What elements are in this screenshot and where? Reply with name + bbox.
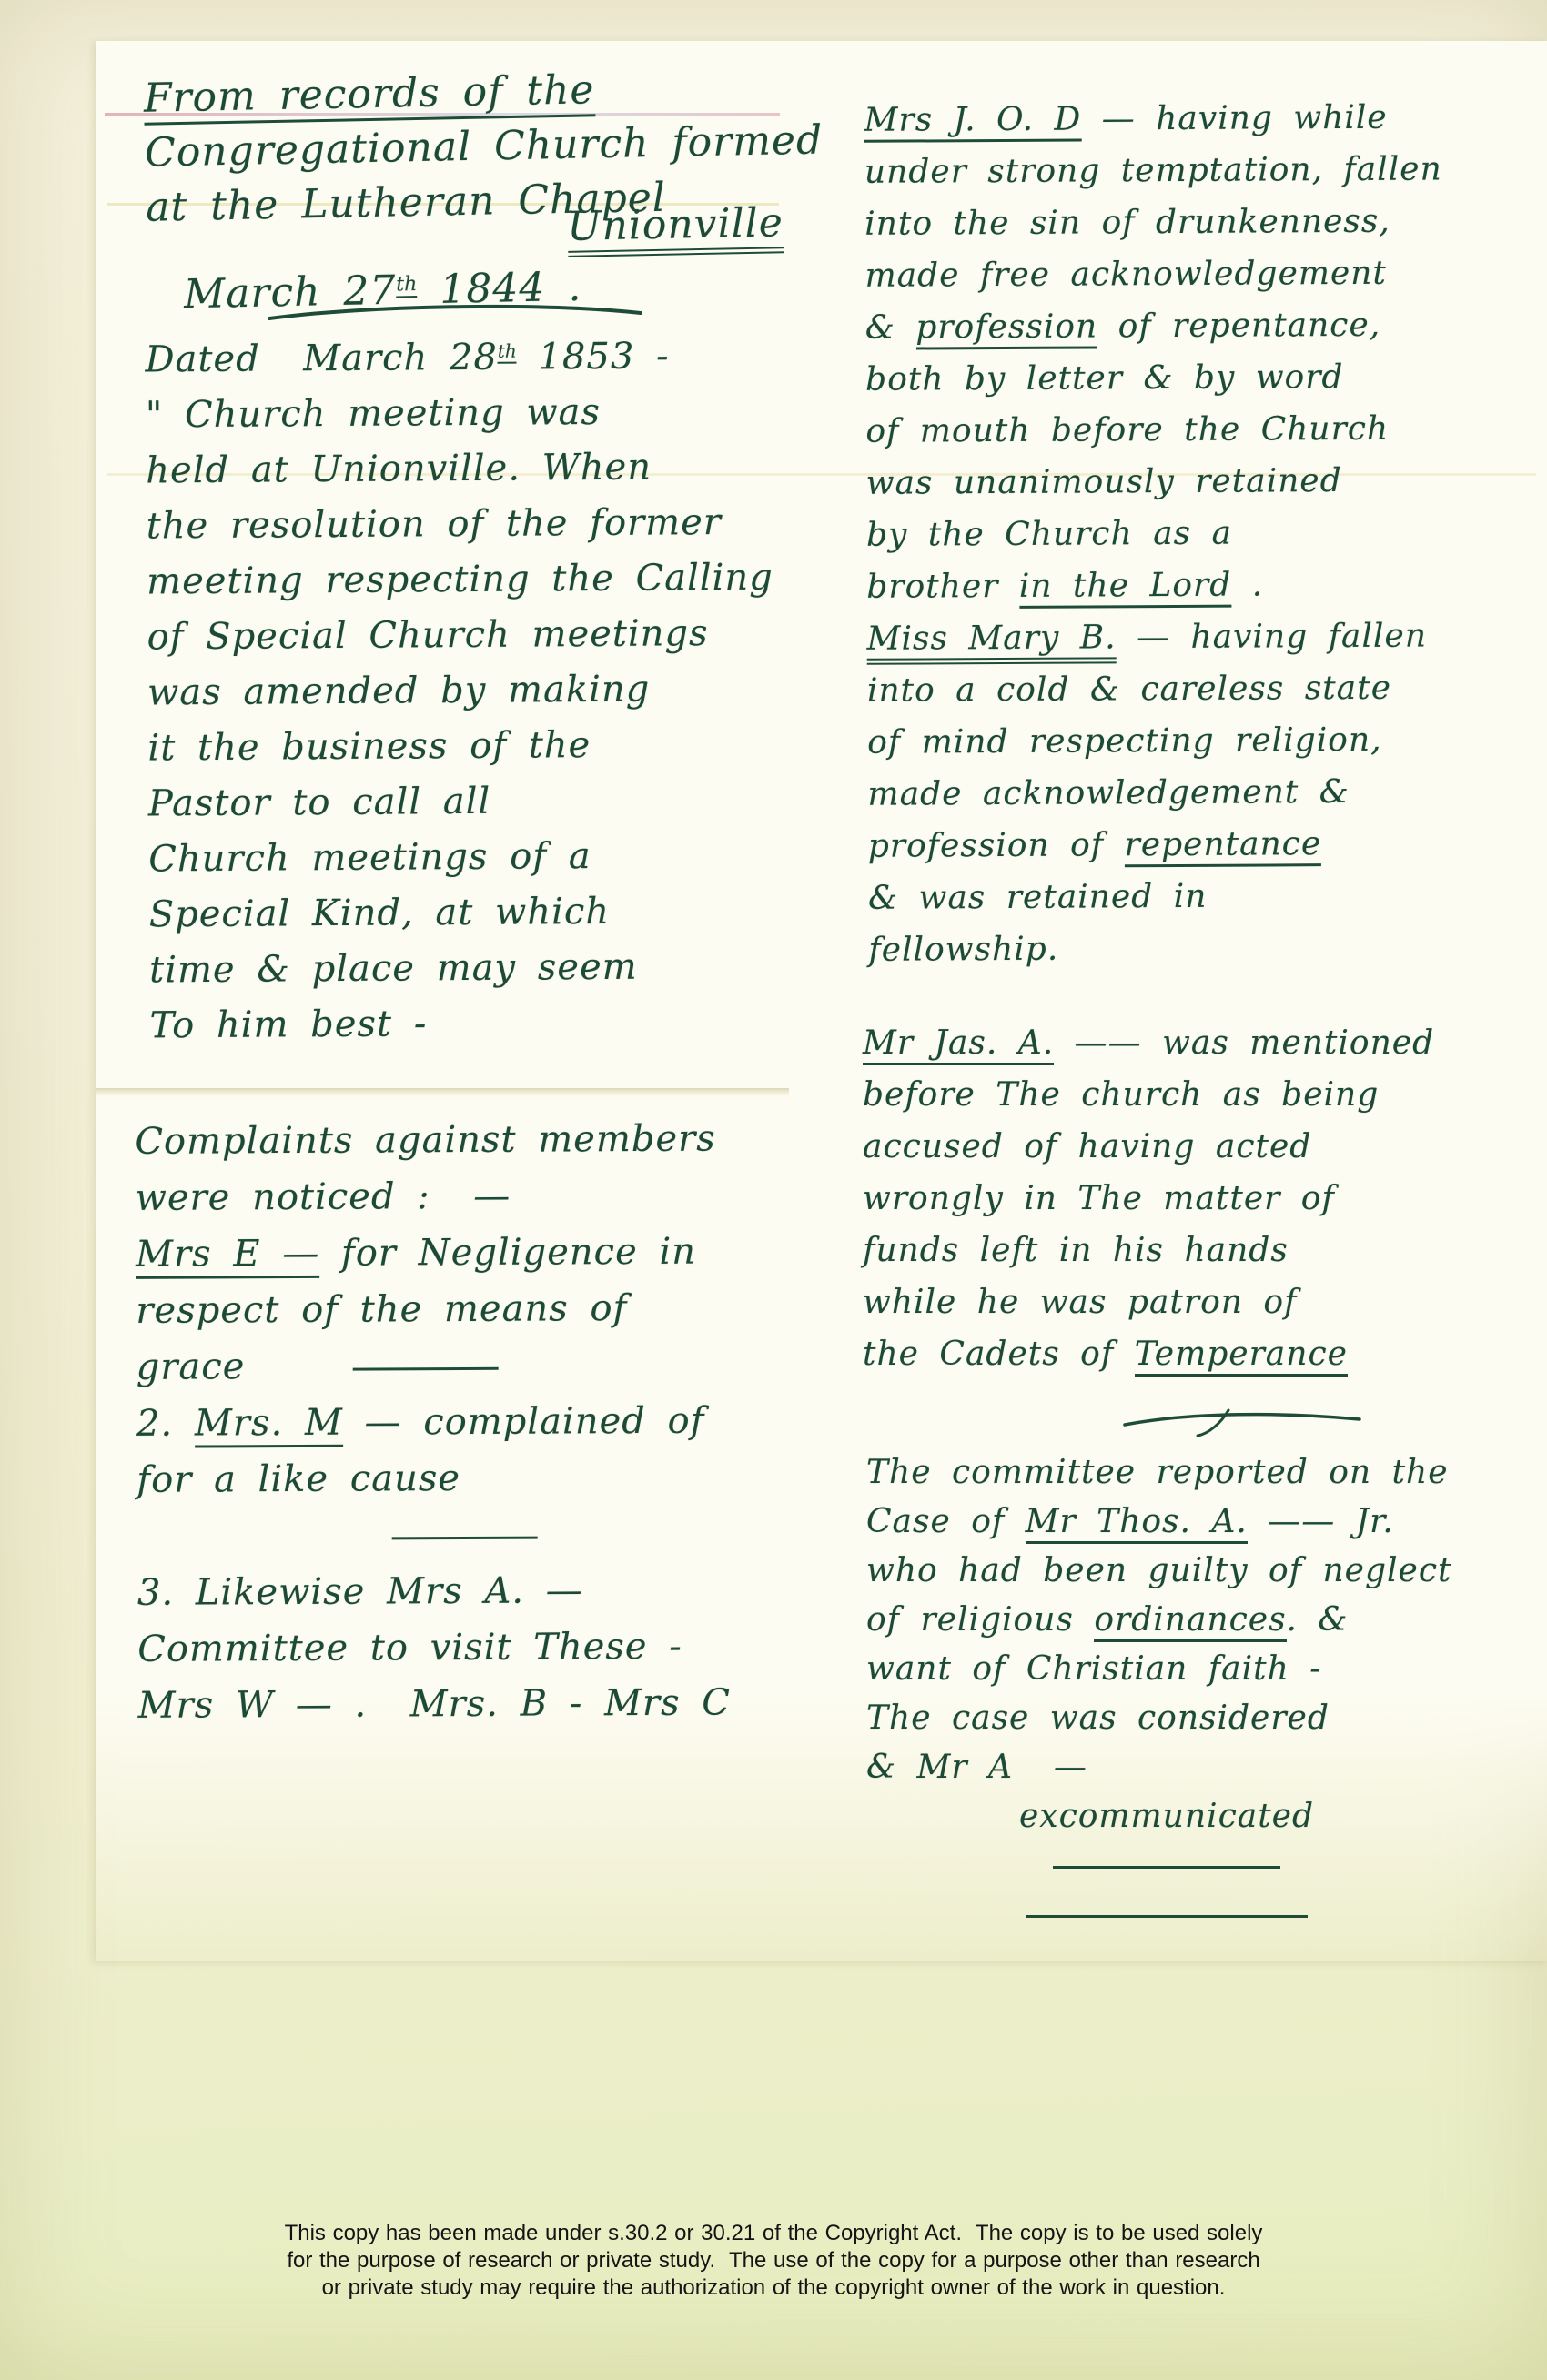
text-segment: Mrs E — [136, 1233, 319, 1279]
text-segment: . [1231, 566, 1263, 603]
text-segment: it the business of the [147, 724, 591, 769]
text-segment: Complaints against members [135, 1118, 716, 1163]
text-line [136, 1505, 792, 1565]
text-line: was amended by making [147, 661, 784, 721]
text-segment: Temperance [1135, 1336, 1348, 1377]
text-line: made free acknowledgement [864, 247, 1483, 302]
text-line: " Church meeting was [146, 384, 783, 444]
text-line: while he was patron of [863, 1276, 1481, 1328]
text-line: accused of having acted [863, 1121, 1481, 1173]
text-line: 3. Likewise Mrs A. — [137, 1561, 793, 1621]
text-line: The committee reported on the [866, 1448, 1467, 1498]
text-segment: & was retained in [868, 878, 1208, 917]
record-1853-block: Dated March 28th 1853 -" Church meeting … [145, 322, 787, 1054]
text-segment: . & [1287, 1601, 1349, 1639]
text-line: Case of Mr Thos. A. —— Jr. [866, 1498, 1467, 1547]
text-segment: This copy has been made under s.30.2 or … [285, 2221, 1263, 2245]
text-line: & was retained in [868, 869, 1487, 924]
text-segment: meeting respecting the Calling [147, 557, 773, 603]
text-line: held at Unionville. When [146, 439, 783, 499]
text-segment: profession [915, 308, 1097, 349]
text-line: profession of repentance [868, 817, 1487, 872]
text-line [866, 1841, 1467, 1891]
text-segment: made acknowledgement & [867, 773, 1350, 813]
scanned-document-page: From records of theCongregational Church… [0, 0, 1547, 2380]
text-segment: From records of the [143, 66, 595, 126]
text-line: & Mr A — [866, 1743, 1467, 1792]
text-line: of mouth before the Church [865, 402, 1484, 458]
text-segment: fellowship. [868, 931, 1058, 969]
text-segment: —— Jr. [1248, 1503, 1394, 1540]
text-segment: Congregational Church formed [145, 116, 824, 176]
underline-flourish [264, 300, 646, 326]
text-line: time & place may seem [149, 939, 786, 999]
text-segment: in the Lord [1019, 567, 1232, 609]
ink-rule [392, 1537, 538, 1540]
text-segment: grace [136, 1346, 353, 1388]
text-segment: Church meetings of a [148, 835, 591, 880]
text-line: made acknowledgement & [867, 765, 1486, 821]
text-line: Mr Jas. A. —— was mentioned [863, 1017, 1481, 1069]
text-line: the resolution of the former [147, 495, 784, 555]
text-segment: want of Christian faith - [866, 1650, 1321, 1688]
text-segment: by the Church as a [866, 515, 1232, 554]
complaints-block: Complaints against memberswere noticed :… [135, 1110, 794, 1734]
text-line: meeting respecting the Calling [147, 550, 784, 610]
text-segment: The case was considered [866, 1699, 1330, 1737]
copyright-notice: This copy has been made under s.30.2 or … [0, 2220, 1547, 2302]
heading-block: From records of theCongregational Church… [143, 59, 784, 323]
text-segment: for the purpose of research or private s… [287, 2248, 1259, 2273]
text-line: for the purpose of research or private s… [0, 2247, 1547, 2274]
text-line: who had been guilty of neglect [866, 1547, 1467, 1596]
text-segment: while he was patron of [863, 1284, 1297, 1321]
text-segment: th [396, 273, 418, 297]
text-segment: the resolution of the former [147, 501, 722, 547]
text-segment: Unionville [567, 199, 784, 257]
text-segment: & Mr A — [866, 1749, 1087, 1786]
text-segment: To him best - [149, 1003, 427, 1046]
text-segment: both by letter & by word [865, 358, 1344, 398]
text-segment: — having while [1081, 99, 1388, 138]
ink-rule [1026, 1915, 1308, 1918]
text-segment: of mouth before the Church [865, 410, 1389, 450]
text-segment: Case of [866, 1503, 1026, 1540]
case-jod-maryb-block: Mrs J. O. D — having whileunder strong t… [864, 91, 1487, 976]
ink-rule [1053, 1866, 1280, 1869]
text-segment: of Special Church meetings [147, 612, 708, 658]
text-segment: or private study may require the authori… [322, 2275, 1226, 2300]
text-line: both by letter & by word [865, 350, 1484, 406]
text-segment: Mr Jas. A. [863, 1024, 1054, 1065]
text-segment: was unanimously retained [866, 462, 1342, 502]
text-line: respect of the means of [136, 1279, 791, 1339]
text-line: before The church as being [863, 1069, 1481, 1121]
text-segment: Miss Mary B. [866, 619, 1116, 664]
text-line: 2. Mrs. M — complained of [136, 1392, 792, 1452]
text-segment: accused of having acted [863, 1128, 1311, 1165]
text-segment: repentance [1124, 825, 1321, 867]
text-segment: time & place may seem [149, 946, 638, 992]
text-line: it the business of the [147, 717, 784, 777]
text-segment: profession of [868, 826, 1125, 864]
text-segment: Dated March 28 [145, 337, 498, 381]
text-line: funds left in his hands [863, 1225, 1481, 1276]
text-line: of religious ordinances. & [866, 1596, 1467, 1645]
text-line: for a like cause [136, 1448, 792, 1508]
text-segment: were noticed : — [136, 1175, 511, 1219]
text-line: want of Christian faith - [866, 1645, 1467, 1694]
text-segment: for Negligence in [319, 1231, 696, 1275]
text-segment: th [498, 340, 517, 364]
text-line: Mrs E — for Negligence in [136, 1223, 791, 1283]
text-segment: Special Kind, at which [149, 891, 611, 936]
text-segment: —— was mentioned [1054, 1024, 1434, 1062]
text-line: Committee to visit These - [137, 1618, 793, 1678]
text-segment: & [865, 308, 916, 346]
text-line: by the Church as a [866, 506, 1485, 561]
underline-flourish [1119, 1408, 1365, 1439]
text-line: The case was considered [866, 1694, 1467, 1743]
text-segment: 3. Likewise Mrs A. — [137, 1569, 583, 1614]
text-line: Special Kind, at which [149, 883, 786, 943]
text-segment: into the sin of drunkenness, [864, 203, 1390, 243]
text-line: under strong temptation, fallen [864, 143, 1483, 198]
text-segment: the Cadets of [863, 1336, 1135, 1373]
text-segment: was amended by making [147, 669, 651, 714]
text-line: wrongly in The matter of [863, 1173, 1481, 1225]
text-line: To him best - [149, 994, 786, 1054]
text-segment: of mind respecting religion, [867, 721, 1382, 761]
text-segment: Pastor to call all [148, 781, 491, 825]
text-line: Complaints against members [135, 1110, 790, 1170]
text-line: Church meetings of a [148, 828, 785, 888]
text-line: or private study may require the authori… [0, 2274, 1547, 2302]
text-segment: Mr Thos. A. [1026, 1503, 1248, 1544]
text-line: were noticed : — [136, 1166, 791, 1226]
text-segment: brother [866, 568, 1019, 606]
text-line: into the sin of drunkenness, [864, 195, 1483, 250]
text-segment: made free acknowledgement [864, 255, 1387, 295]
text-line: Pastor to call all [148, 772, 785, 832]
text-segment: into a cold & careless state [867, 670, 1391, 710]
text-line: grace [136, 1336, 792, 1396]
text-segment: Committee to visit These - [137, 1626, 682, 1670]
text-segment: Mrs. M [195, 1402, 343, 1448]
text-segment: held at Unionville. When [146, 447, 652, 492]
text-segment: who had been guilty of neglect [866, 1552, 1451, 1589]
text-line: fellowship. [868, 921, 1487, 976]
text-segment: — having fallen [1116, 618, 1427, 657]
text-segment: " Church meeting was [146, 391, 601, 436]
text-segment: of repentance, [1097, 307, 1380, 346]
text-segment: wrongly in The matter of [863, 1180, 1335, 1217]
committee-report-block: The committee reported on theCase of Mr … [866, 1448, 1467, 1940]
paper-scrap-seam [96, 1088, 789, 1100]
text-line: Miss Mary B. — having fallen [866, 610, 1485, 665]
text-segment: Mrs J. O. D [864, 101, 1082, 143]
text-line: the Cadets of Temperance [863, 1328, 1481, 1380]
text-line: Dated March 28th 1853 - [145, 322, 782, 388]
text-line: excommunicated [866, 1792, 1467, 1841]
text-segment: ordinances [1094, 1601, 1286, 1642]
text-line: Mrs J. O. D — having while [864, 91, 1482, 146]
text-segment: for a like cause [136, 1457, 460, 1501]
text-segment: 2. [136, 1403, 195, 1445]
text-line: & profession of repentance, [865, 298, 1484, 354]
text-line: into a cold & careless state [867, 661, 1486, 717]
text-line: This copy has been made under s.30.2 or … [0, 2220, 1547, 2247]
text-line: of Special Church meetings [147, 606, 784, 666]
text-line: was unanimously retained [866, 454, 1485, 509]
text-segment: funds left in his hands [863, 1232, 1289, 1269]
ink-rule [353, 1367, 499, 1371]
text-segment: respect of the means of [136, 1287, 627, 1332]
text-segment: The committee reported on the [866, 1454, 1449, 1491]
text-segment: 1853 - [517, 335, 670, 378]
text-segment: Mrs W — . Mrs. B - Mrs C [138, 1681, 732, 1726]
text-segment: under strong temptation, fallen [864, 150, 1442, 190]
text-line: of mind respecting religion, [867, 713, 1486, 769]
text-line: Mrs W — . Mrs. B - Mrs C [137, 1674, 793, 1734]
text-segment: before The church as being [863, 1076, 1379, 1114]
text-segment: of religious [866, 1601, 1094, 1639]
text-segment: excommunicated [1019, 1798, 1314, 1835]
text-line: brother in the Lord . [866, 558, 1485, 613]
text-line [866, 1891, 1467, 1940]
case-jas-a-block: Mr Jas. A. —— was mentionedbefore The ch… [863, 1017, 1481, 1380]
text-segment: — complained of [343, 1400, 705, 1444]
